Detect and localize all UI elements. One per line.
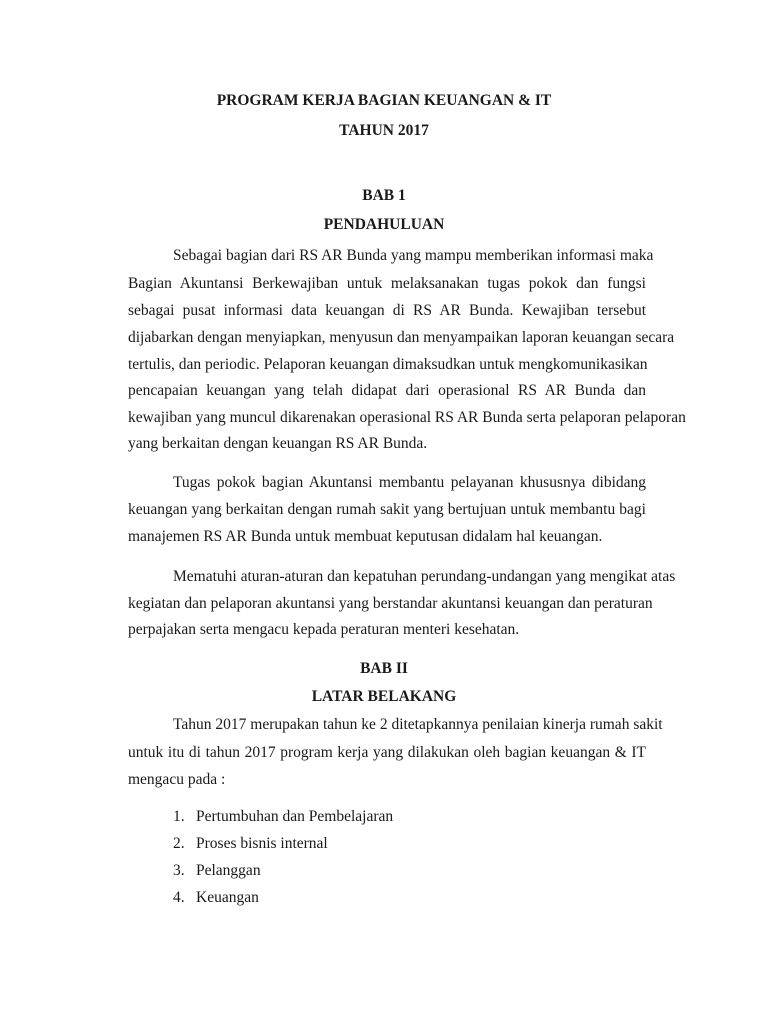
paragraph-line: perpajakan serta mengacu kepada peratura… <box>128 621 646 639</box>
chapter1-label: BAB 1 <box>0 187 768 205</box>
document-subtitle: TAHUN 2017 <box>0 122 768 140</box>
paragraph-line: tertulis, dan periodic. Pelaporan keuang… <box>128 356 646 374</box>
list-item: 1.Pertumbuhan dan Pembelajaran <box>173 808 393 826</box>
list-item: 3.Pelanggan <box>173 862 261 880</box>
paragraph-line: Bagian Akuntansi Berkewajiban untuk mela… <box>128 275 646 293</box>
list-text: Proses bisnis internal <box>196 835 328 852</box>
paragraph-line: Tugas pokok bagian Akuntansi membantu pe… <box>173 474 646 492</box>
document-page: PROGRAM KERJA BAGIAN KEUANGAN & IT TAHUN… <box>0 0 768 1024</box>
paragraph-line: yang berkaitan dengan keuangan RS AR Bun… <box>128 435 646 453</box>
chapter2-label: BAB II <box>0 660 768 678</box>
chapter2-heading: LATAR BELAKANG <box>0 688 768 706</box>
paragraph-line: Tahun 2017 merupakan tahun ke 2 ditetapk… <box>173 716 646 734</box>
list-number: 3. <box>173 862 196 880</box>
list-text: Keuangan <box>196 889 259 906</box>
chapter1-heading: PENDAHULUAN <box>0 216 768 234</box>
list-text: Pertumbuhan dan Pembelajaran <box>196 808 393 825</box>
paragraph-line: untuk itu di tahun 2017 program kerja ya… <box>128 744 646 762</box>
paragraph-line: sebagai pusat informasi data keuangan di… <box>128 302 646 320</box>
list-item: 4.Keuangan <box>173 889 259 907</box>
paragraph-line: pencapaian keuangan yang telah didapat d… <box>128 382 646 400</box>
list-number: 4. <box>173 889 196 907</box>
list-text: Pelanggan <box>196 862 261 879</box>
paragraph-line: Sebagai bagian dari RS AR Bunda yang mam… <box>173 247 646 265</box>
list-number: 1. <box>173 808 196 826</box>
list-item: 2.Proses bisnis internal <box>173 835 328 853</box>
list-number: 2. <box>173 835 196 853</box>
paragraph-line: manajemen RS AR Bunda untuk membuat kepu… <box>128 528 646 546</box>
paragraph-line: Mematuhi aturan-aturan dan kepatuhan per… <box>173 568 646 586</box>
paragraph-line: kewajiban yang muncul dikarenakan operas… <box>128 409 646 427</box>
paragraph-line: mengacu pada : <box>128 771 646 789</box>
paragraph-line: keuangan yang berkaitan dengan rumah sak… <box>128 501 646 519</box>
paragraph-line: dijabarkan dengan menyiapkan, menyusun d… <box>128 329 646 347</box>
paragraph-line: kegiatan dan pelaporan akuntansi yang be… <box>128 595 646 613</box>
document-title: PROGRAM KERJA BAGIAN KEUANGAN & IT <box>0 92 768 110</box>
